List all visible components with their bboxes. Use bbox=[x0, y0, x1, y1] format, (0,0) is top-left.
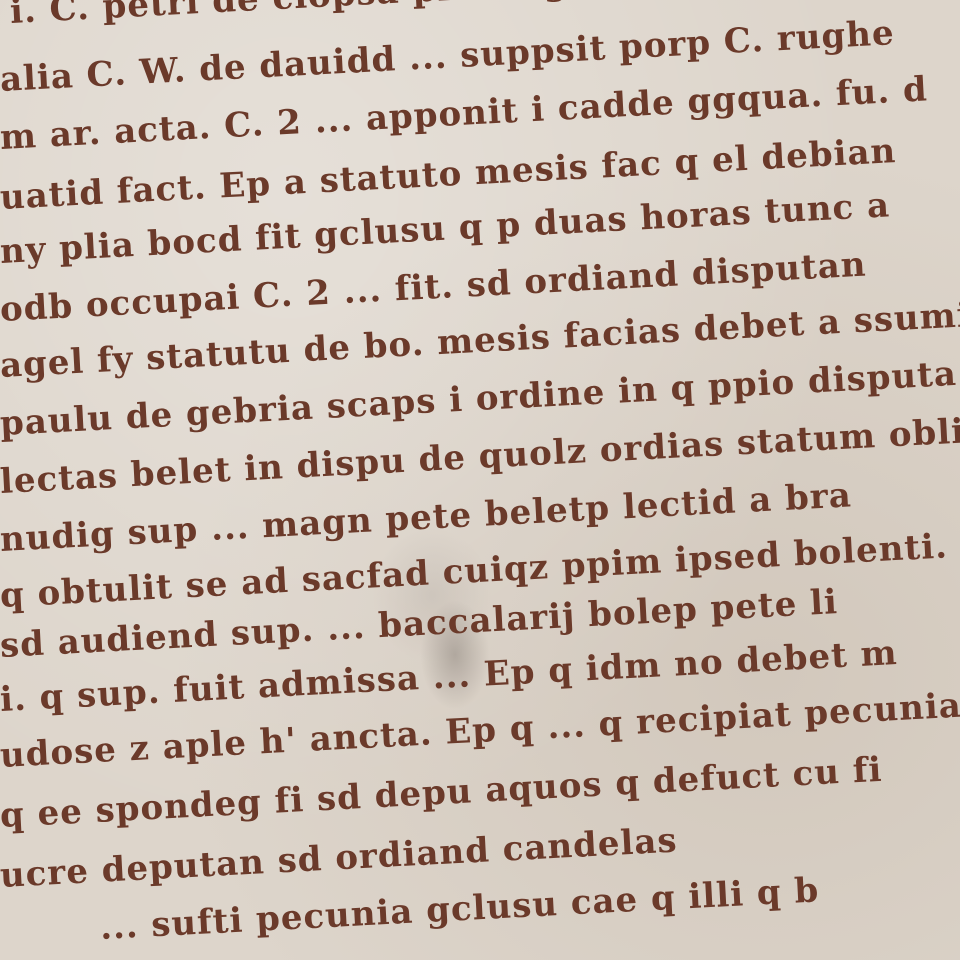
manuscript-page: i. C. petri de clopsa pria logicalia C. … bbox=[0, 0, 960, 960]
